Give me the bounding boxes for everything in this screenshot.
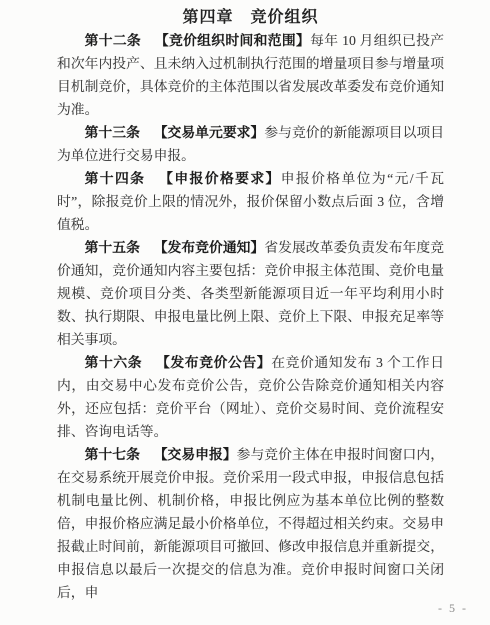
chapter-title: 第四章 竞价组织	[57, 6, 444, 29]
page-content: 第四章 竞价组织 第十二条【竞价组织时间和范围】每年 10 月组织已投产和次年内…	[57, 6, 444, 604]
article-paragraph: 第十五条【发布竞价通知】省发展改革委负责发布年度竞价通知，竞价通知内容主要包括：…	[57, 236, 444, 351]
article-number: 第十五条	[85, 240, 140, 255]
article-tag: 【申报价格要求】	[159, 171, 281, 186]
page-number: - 5 -	[438, 601, 468, 615]
article-text: 省发展改革委负责发布年度竞价通知，竞价通知内容主要包括：竞价申报主体范围、竞价电…	[57, 240, 444, 347]
article-paragraph: 第十六条【发布竞价公告】在竞价通知发布 3 个工作日内，由交易中心发布竞价公告，…	[57, 351, 444, 443]
article-tag: 【交易单元要求】	[154, 125, 265, 140]
article-text: 参与竞价主体在申报时间窗口内，在交易系统开展竞价申报。竞价采用一段式申报，申报信…	[57, 447, 444, 600]
article-tag: 【竞价组织时间和范围】	[155, 33, 310, 48]
article-number: 第十三条	[85, 125, 140, 140]
article-number: 第十六条	[85, 355, 143, 370]
article-number: 第十四条	[85, 171, 146, 186]
article-paragraph: 第十七条【交易申报】参与竞价主体在申报时间窗口内，在交易系统开展竞价申报。竞价采…	[57, 443, 444, 604]
article-number: 第十七条	[85, 447, 140, 462]
article-tag: 【交易申报】	[154, 447, 237, 462]
article-tag: 【发布竞价通知】	[154, 240, 265, 255]
article-paragraph: 第十四条【申报价格要求】申报价格单位为“元/千瓦时”，除报竞价上限的情况外，报价…	[57, 167, 444, 236]
article-paragraph: 第十三条【交易单元要求】参与竞价的新能源项目以项目为单位进行交易申报。	[57, 121, 444, 167]
article-paragraph: 第十二条【竞价组织时间和范围】每年 10 月组织已投产和次年内投产、且未纳入过机…	[57, 29, 444, 121]
article-number: 第十二条	[85, 33, 141, 48]
document-page: 第四章 竞价组织 第十二条【竞价组织时间和范围】每年 10 月组织已投产和次年内…	[0, 0, 490, 625]
article-tag: 【发布竞价公告】	[156, 355, 271, 370]
articles-list: 第十二条【竞价组织时间和范围】每年 10 月组织已投产和次年内投产、且未纳入过机…	[57, 29, 444, 604]
